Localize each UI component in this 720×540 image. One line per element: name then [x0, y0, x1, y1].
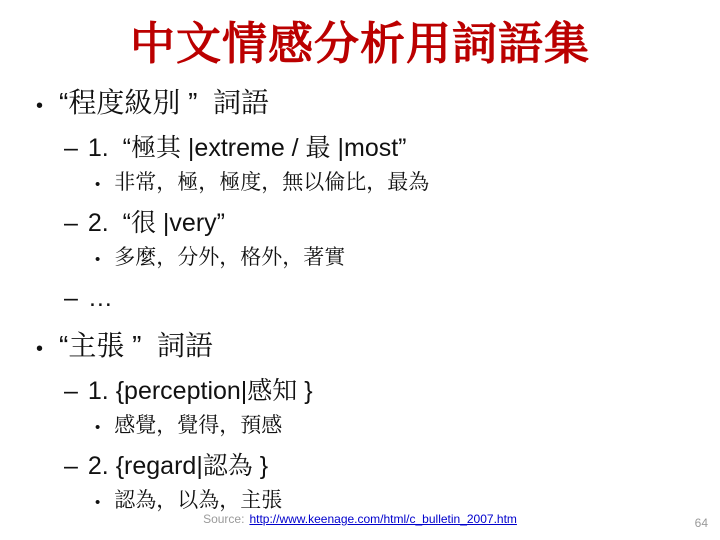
- bullet-icon: •: [36, 332, 43, 366]
- bullet-line: • “主張 ” 詞語: [0, 329, 720, 366]
- bullet-icon: •: [95, 415, 100, 441]
- bullet-line: – 1. “極其 |extreme / 最 |most”: [0, 133, 720, 163]
- dash-icon: –: [64, 133, 78, 163]
- slide-title: 中文情感分析用詞語集: [10, 18, 710, 70]
- bullet-icon: •: [36, 89, 43, 123]
- bullet-icon: •: [95, 172, 100, 198]
- source-label: Source:: [203, 512, 244, 526]
- bullet-text: 非常，極，極度，無以倫比，最為: [114, 170, 429, 196]
- bullet-line: • “程度級別 ” 詞語: [0, 86, 720, 123]
- bullet-text: 2. “很 |very”: [88, 208, 225, 238]
- dash-icon: –: [64, 208, 78, 238]
- dash-icon: –: [64, 376, 78, 406]
- bullet-text: 1. “極其 |extreme / 最 |most”: [88, 133, 407, 163]
- bullet-text: 1. {perception|感知 }: [88, 376, 313, 406]
- bullet-text: “程度級別 ” 詞語: [59, 86, 269, 120]
- bullet-line: – 1. {perception|感知 }: [0, 376, 720, 406]
- bullet-text: 認為，以為，主張: [114, 488, 282, 514]
- presentation-slide: 中文情感分析用詞語集 • “程度級別 ” 詞語 – 1. “極其 |extrem…: [0, 0, 720, 540]
- bullet-line: • 感覺，覺得，預感: [0, 413, 720, 441]
- bullet-text: 2. {regard|認為 }: [88, 451, 268, 481]
- source-link[interactable]: http://www.keenage.com/html/c_bulletin_2…: [249, 512, 516, 526]
- page-number: 64: [695, 516, 708, 530]
- bullet-text: 多麼，分外，格外，著實: [114, 245, 345, 271]
- bullet-line: – 2. “很 |very”: [0, 208, 720, 238]
- slide-footer: Source:http://www.keenage.com/html/c_bul…: [0, 512, 720, 526]
- bullet-icon: •: [95, 247, 100, 273]
- dash-icon: –: [64, 451, 78, 481]
- bullet-text: 感覺，覺得，預感: [114, 413, 282, 439]
- dash-icon: –: [64, 283, 78, 313]
- bullet-line: • 非常，極，極度，無以倫比，最為: [0, 170, 720, 198]
- bullet-text: “主張 ” 詞語: [59, 329, 213, 363]
- bullet-text: …: [88, 283, 113, 313]
- bullet-line: – …: [0, 283, 720, 313]
- bullet-line: • 多麼，分外，格外，著實: [0, 245, 720, 273]
- bullet-line: – 2. {regard|認為 }: [0, 451, 720, 481]
